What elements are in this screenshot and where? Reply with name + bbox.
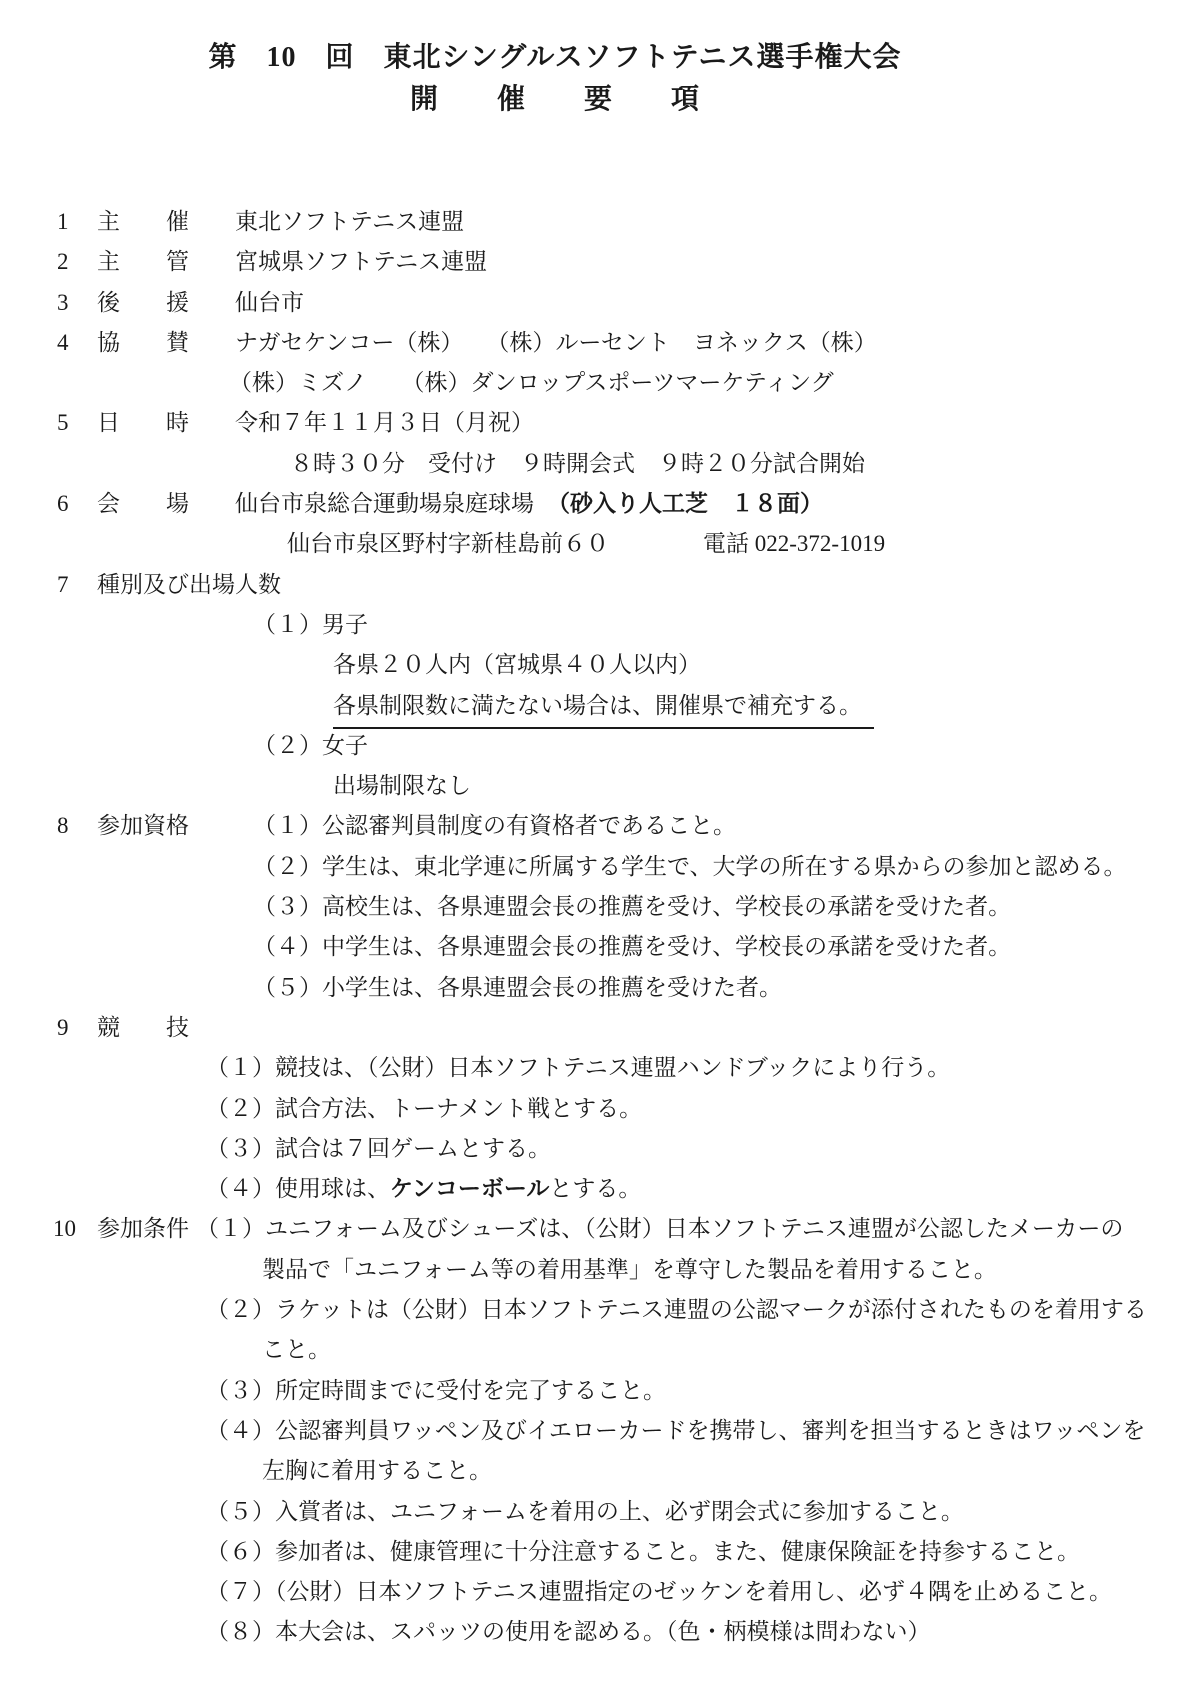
row-datetime-schedule: ８時３０分 受付け ９時開会式 ９時２０分試合開始 — [0, 444, 1200, 484]
item-number: 1 — [57, 202, 69, 242]
venue-court-info: （砂入り人工芝 １８面） — [547, 484, 823, 524]
item-label: 協 賛 — [97, 323, 189, 363]
item-text: （３）高校生は、各県連盟会長の推薦を受け、学校長の承諾を受けた者。 — [253, 887, 1011, 927]
row-support: 3 後 援 仙台市 — [0, 283, 1200, 323]
item-text: 令和７年１１月３日（月祝） — [235, 403, 534, 443]
row-women-limit: 出場制限なし — [0, 766, 1200, 806]
item-text: （４）公認審判員ワッペン及びイエローカードを携帯し、審判を担当するときはワッペン… — [206, 1411, 1145, 1451]
item-text: （４）使用球は、ケンコーボールとする。 — [206, 1169, 641, 1209]
item-text: （１）ユニフォーム及びシューズは、（公財）日本ソフトテニス連盟が公認したメーカー… — [196, 1209, 1123, 1249]
item-text: （１）公認審判員制度の有資格者であること。 — [253, 806, 736, 846]
item-text: （６）参加者は、健康管理に十分注意すること。また、健康保険証を持参すること。 — [206, 1532, 1080, 1572]
item-text: （２）試合方法、トーナメント戦とする。 — [206, 1089, 642, 1129]
row-category-men: （１）男子 — [0, 605, 1200, 645]
row-conditions-4-cont: 左胸に着用すること。 — [0, 1451, 1200, 1491]
item-label: 後 援 — [97, 283, 189, 323]
ball-post: とする。 — [549, 1176, 641, 1201]
item-label: 参加条件 — [97, 1209, 189, 1249]
item-text: こと。 — [262, 1330, 331, 1370]
item-text: 東北ソフトテニス連盟 — [235, 202, 464, 242]
item-text: （２）学生は、東北学連に所属する学生で、大学の所在する県からの参加と認める。 — [253, 847, 1127, 887]
row-eligibility-2: （２）学生は、東北学連に所属する学生で、大学の所在する県からの参加と認める。 — [0, 847, 1200, 887]
row-venue: 6 会 場 仙台市泉総合運動場泉庭球場 （砂入り人工芝 １８面） — [0, 484, 1200, 524]
venue-name: 仙台市泉総合運動場泉庭球場 — [235, 484, 534, 524]
item-text: （７）（公財）日本ソフトテニス連盟指定のゼッケンを着用し、必ず４隅を止めること。 — [206, 1572, 1112, 1612]
item-text: （２）女子 — [253, 726, 368, 766]
doc-subtitle: 開 催 要 項 — [0, 78, 1110, 122]
row-conditions-6: （６）参加者は、健康管理に十分注意すること。また、健康保険証を持参すること。 — [0, 1532, 1200, 1572]
row-sponsors-cont: （株）ミズノ （株）ダンロップスポーツマーケティング — [0, 363, 1200, 403]
venue-phone: 電話 022-372-1019 — [703, 524, 885, 564]
item-label: 主 管 — [97, 242, 189, 282]
item-text: （５）入賞者は、ユニフォームを着用の上、必ず閉会式に参加すること。 — [206, 1492, 964, 1532]
row-conditions-3: （３）所定時間までに受付を完了すること。 — [0, 1371, 1200, 1411]
row-venue-address: 仙台市泉区野村字新桂島前６０ 電話 022-372-1019 — [0, 524, 1200, 564]
row-eligibility-3: （３）高校生は、各県連盟会長の推薦を受け、学校長の承諾を受けた者。 — [0, 887, 1200, 927]
item-text: 宮城県ソフトテニス連盟 — [235, 242, 487, 282]
item-number: 7 — [57, 565, 69, 605]
row-conditions-1-cont: 製品で「ユニフォーム等の着用基準」を尊守した製品を着用すること。 — [0, 1250, 1200, 1290]
item-text: （８）本大会は、スパッツの使用を認める。（色・柄模様は問わない） — [206, 1612, 931, 1652]
row-competition: 9 競 技 — [0, 1008, 1200, 1048]
row-conditions-2-cont: こと。 — [0, 1330, 1200, 1370]
row-eligibility-5: （５）小学生は、各県連盟会長の推薦を受けた者。 — [0, 968, 1200, 1008]
item-text: （２）ラケットは（公財）日本ソフトテニス連盟の公認マークが添付されたものを着用す… — [206, 1290, 1147, 1330]
row-organizer: 1 主 催 東北ソフトテニス連盟 — [0, 202, 1200, 242]
item-text: ナガセケンコー（株） （株）ルーセント ヨネックス（株） — [235, 323, 877, 363]
item-label: 日 時 — [97, 403, 189, 443]
item-text: （１）男子 — [253, 605, 368, 645]
item-text: 製品で「ユニフォーム等の着用基準」を尊守した製品を着用すること。 — [262, 1250, 997, 1290]
item-text: 左胸に着用すること。 — [262, 1451, 492, 1491]
item-text: （株）ミズノ （株）ダンロップスポーツマーケティング — [229, 363, 834, 403]
doc-title: 第 10 回 東北シングルスソフトテニス選手権大会 — [0, 36, 1110, 80]
item-text: （５）小学生は、各県連盟会長の推薦を受けた者。 — [253, 968, 782, 1008]
item-number: 6 — [57, 484, 69, 524]
row-men-note: 各県制限数に満たない場合は、開催県で補充する。 — [0, 686, 1200, 726]
row-eligibility-4: （４）中学生は、各県連盟会長の推薦を受け、学校長の承諾を受けた者。 — [0, 927, 1200, 967]
item-text: 各県２０人内（宮城県４０人以内） — [333, 645, 701, 685]
item-label: 種別及び出場人数 — [97, 565, 281, 605]
item-text: （１）競技は、（公財）日本ソフトテニス連盟ハンドブックにより行う。 — [206, 1048, 950, 1088]
venue-address: 仙台市泉区野村字新桂島前６０ — [287, 524, 609, 564]
row-competition-3: （３）試合は７回ゲームとする。 — [0, 1129, 1200, 1169]
row-conditions-1: 10 参加条件 （１）ユニフォーム及びシューズは、（公財）日本ソフトテニス連盟が… — [0, 1209, 1200, 1249]
item-number: 2 — [57, 242, 69, 282]
item-label: 会 場 — [97, 484, 189, 524]
ball-name-bold: ケンコーボール — [390, 1176, 549, 1201]
item-number: 9 — [57, 1008, 69, 1048]
item-text: 出場制限なし — [333, 766, 471, 806]
men-note-underlined: 各県制限数に満たない場合は、開催県で補充する。 — [333, 686, 874, 729]
row-categories: 7 種別及び出場人数 — [0, 565, 1200, 605]
row-competition-2: （２）試合方法、トーナメント戦とする。 — [0, 1089, 1200, 1129]
ball-pre: （４）使用球は、 — [206, 1176, 390, 1201]
item-text: （４）中学生は、各県連盟会長の推薦を受け、学校長の承諾を受けた者。 — [253, 927, 1011, 967]
row-eligibility-1: 8 参加資格 （１）公認審判員制度の有資格者であること。 — [0, 806, 1200, 846]
document-page: 第 10 回 東北シングルスソフトテニス選手権大会 開 催 要 項 1 主 催 … — [0, 0, 1200, 1689]
row-management: 2 主 管 宮城県ソフトテニス連盟 — [0, 242, 1200, 282]
item-number: 4 — [57, 323, 69, 363]
item-number: 5 — [57, 403, 69, 443]
item-number: 3 — [57, 283, 69, 323]
row-conditions-5: （５）入賞者は、ユニフォームを着用の上、必ず閉会式に参加すること。 — [0, 1492, 1200, 1532]
item-text: ８時３０分 受付け ９時開会式 ９時２０分試合開始 — [290, 444, 865, 484]
item-number: 8 — [57, 806, 69, 846]
row-sponsors: 4 協 賛 ナガセケンコー（株） （株）ルーセント ヨネックス（株） — [0, 323, 1200, 363]
item-label: 参加資格 — [97, 806, 189, 846]
item-text: （３）所定時間までに受付を完了すること。 — [206, 1371, 666, 1411]
item-text: （３）試合は７回ゲームとする。 — [206, 1129, 551, 1169]
item-number: 10 — [53, 1209, 76, 1249]
item-label: 主 催 — [97, 202, 189, 242]
row-competition-4: （４）使用球は、ケンコーボールとする。 — [0, 1169, 1200, 1209]
row-conditions-8: （８）本大会は、スパッツの使用を認める。（色・柄模様は問わない） — [0, 1612, 1200, 1652]
row-datetime: 5 日 時 令和７年１１月３日（月祝） — [0, 403, 1200, 443]
row-conditions-2: （２）ラケットは（公財）日本ソフトテニス連盟の公認マークが添付されたものを着用す… — [0, 1290, 1200, 1330]
item-text: 仙台市 — [235, 283, 304, 323]
row-category-women: （２）女子 — [0, 726, 1200, 766]
row-conditions-7: （７）（公財）日本ソフトテニス連盟指定のゼッケンを着用し、必ず４隅を止めること。 — [0, 1572, 1200, 1612]
row-men-limit: 各県２０人内（宮城県４０人以内） — [0, 645, 1200, 685]
item-label: 競 技 — [97, 1008, 189, 1048]
row-conditions-4: （４）公認審判員ワッペン及びイエローカードを携帯し、審判を担当するときはワッペン… — [0, 1411, 1200, 1451]
row-competition-1: （１）競技は、（公財）日本ソフトテニス連盟ハンドブックにより行う。 — [0, 1048, 1200, 1088]
